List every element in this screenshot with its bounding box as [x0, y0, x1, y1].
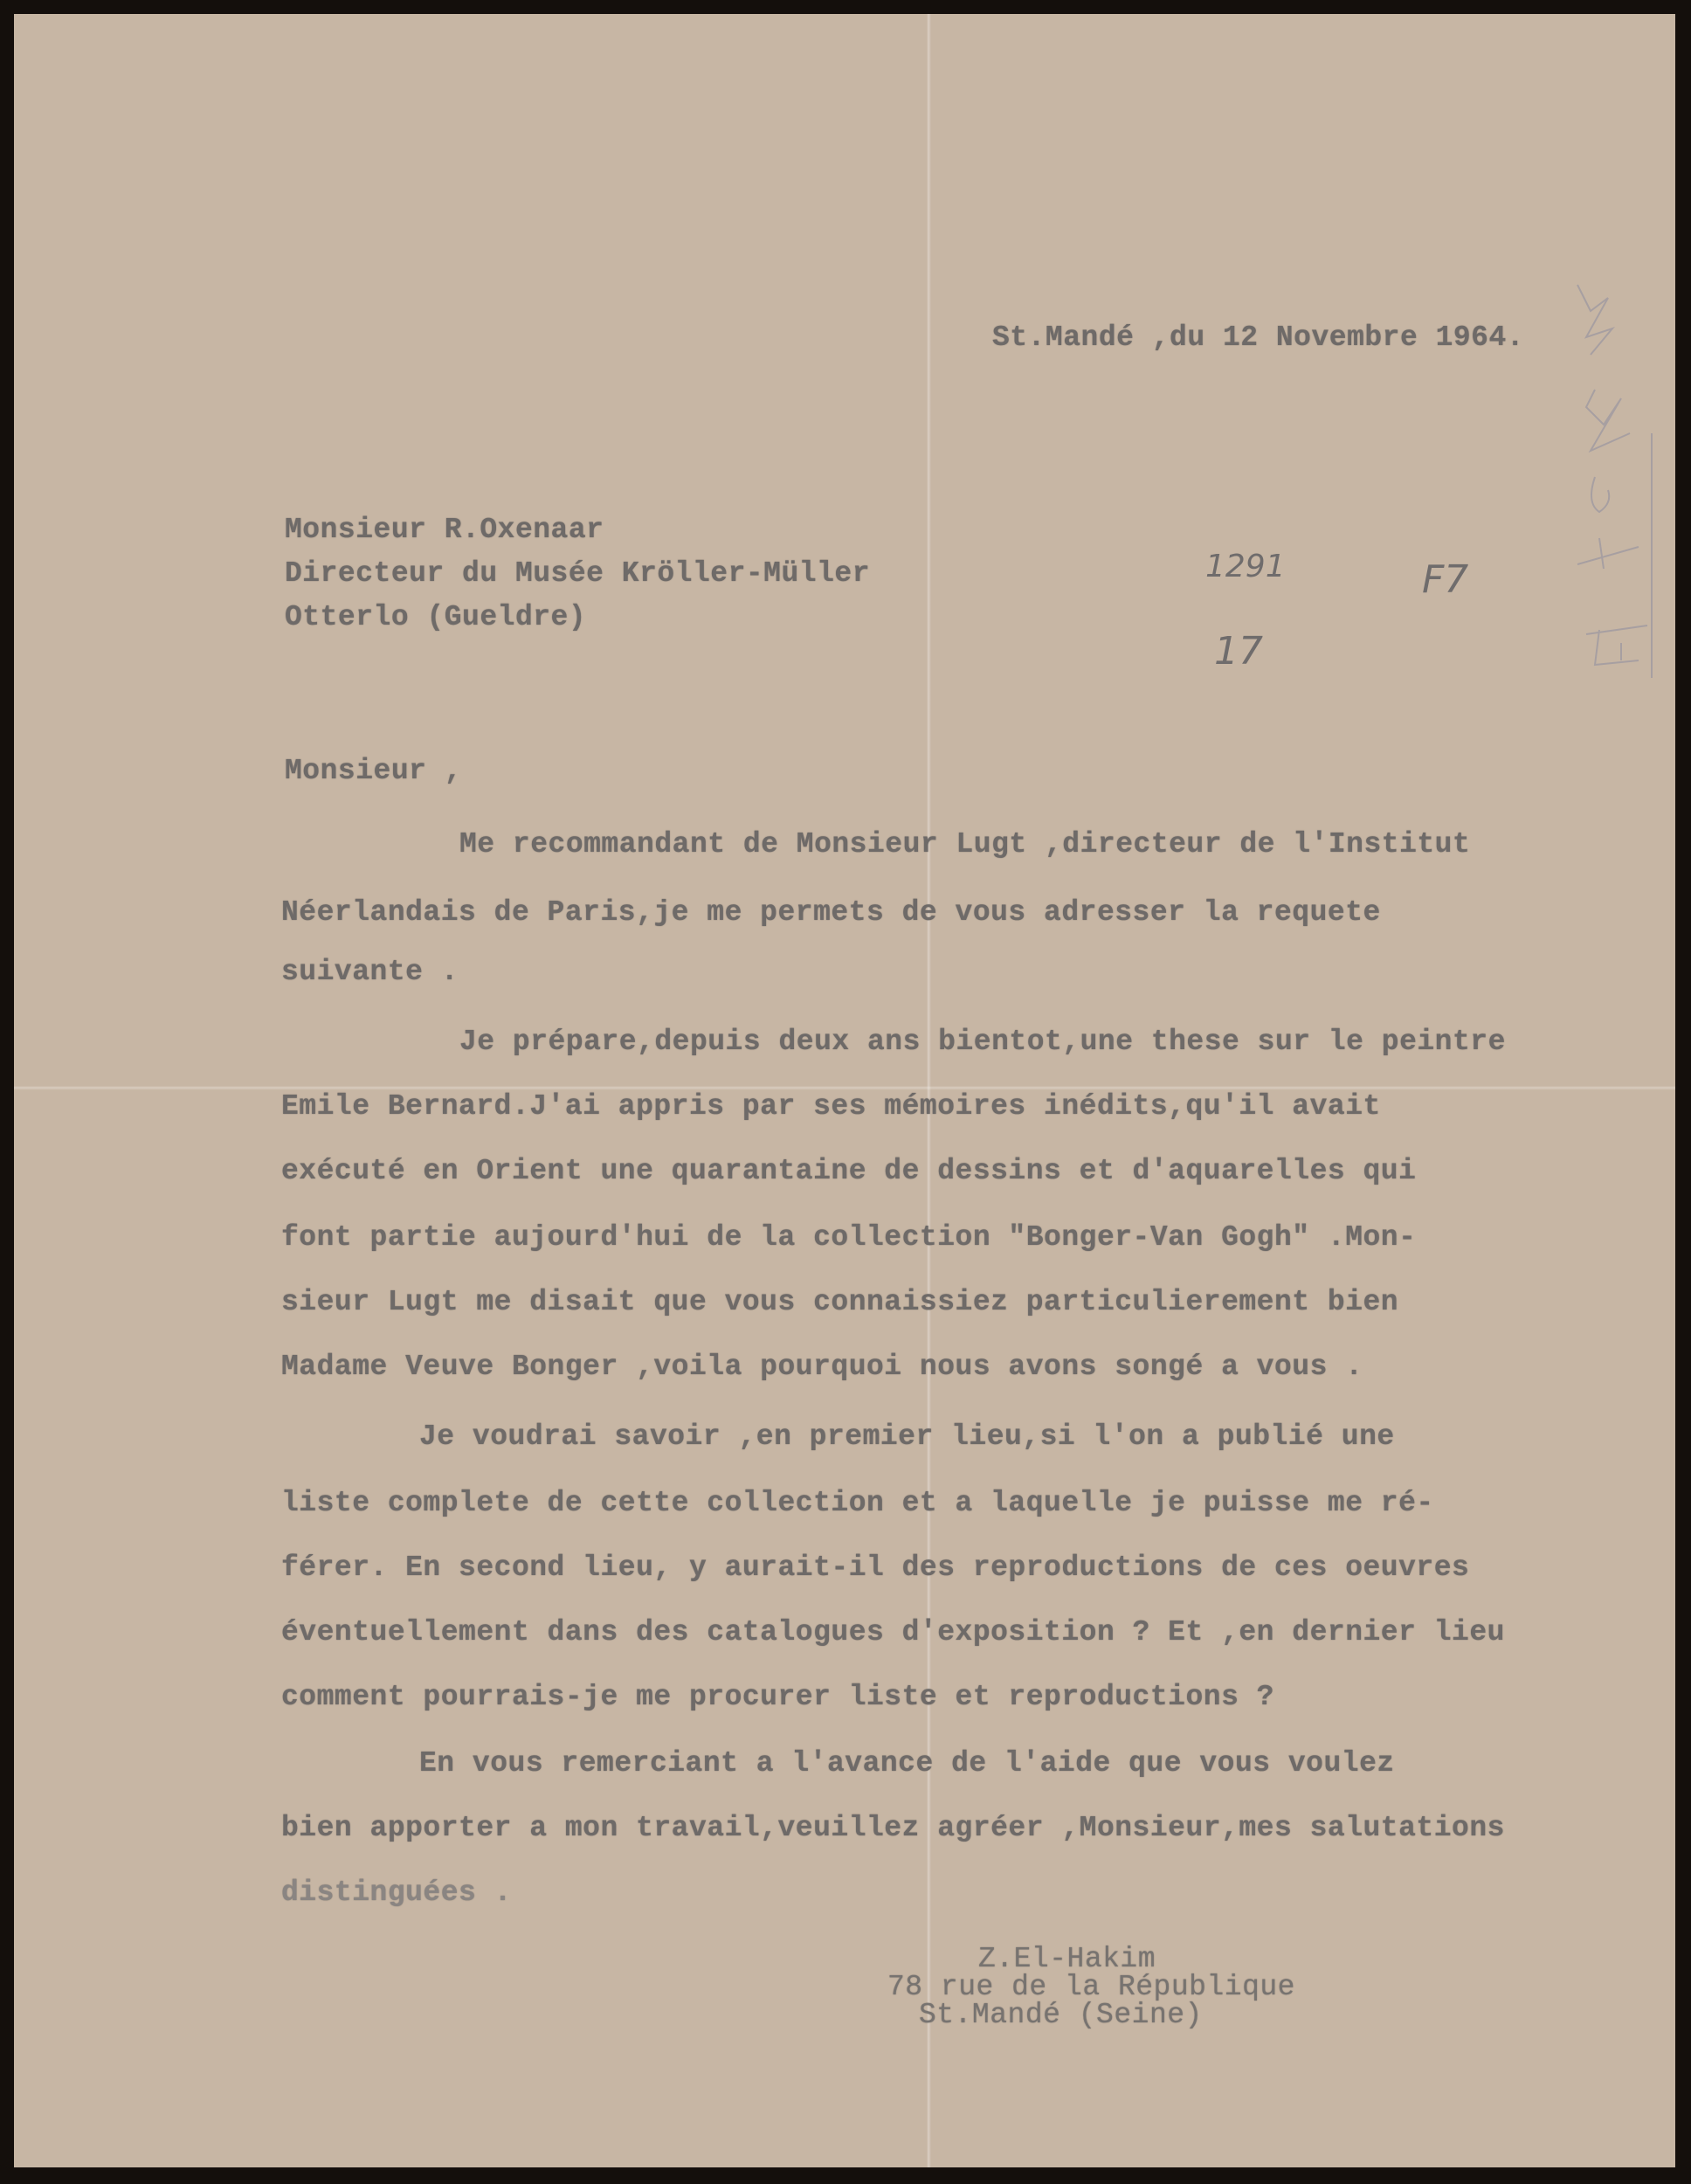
body-line-6: exécuté en Orient une quarantaine de des… [281, 1155, 1416, 1187]
body-line-17: distinguées . [281, 1876, 512, 1909]
body-line-1: Me recommandant de Monsieur Lugt ,direct… [459, 828, 1470, 860]
body-line-9: Madame Veuve Bonger ,voila pourquoi nous… [281, 1351, 1363, 1383]
letter-page: St.Mandé ,du 12 Novembre 1964. Monsieur … [14, 14, 1675, 2167]
dateline: St.Mandé ,du 12 Novembre 1964. [992, 321, 1524, 354]
body-line-16: bien apporter a mon travail,veuillez agr… [281, 1812, 1505, 1844]
handwritten-code: F7 [1422, 557, 1468, 602]
salutation: Monsieur , [285, 755, 462, 787]
recipient-name: Monsieur R.Oxenaar [285, 514, 604, 546]
recipient-location: Otterlo (Gueldre) [285, 601, 586, 633]
body-line-15: En vous remerciant a l'avance de l'aide … [419, 1747, 1395, 1780]
recipient-title: Directeur du Musée Kröller-Müller [285, 557, 870, 590]
body-line-13: éventuellement dans des catalogues d'exp… [281, 1616, 1505, 1648]
body-line-5: Emile Bernard.J'ai appris par ses mémoir… [281, 1090, 1381, 1123]
body-line-4: Je prépare,depuis deux ans bientot,une t… [459, 1026, 1506, 1058]
body-line-3: suivante . [281, 956, 459, 988]
body-line-10: Je voudrai savoir ,en premier lieu,si l'… [419, 1420, 1395, 1453]
signature-address-2: St.Mandé (Seine) [919, 1999, 1203, 2031]
body-line-7: font partie aujourd'hui de la collection… [281, 1221, 1416, 1254]
pencil-marks-icon [1560, 259, 1656, 678]
body-line-8: sieur Lugt me disait que vous connaissie… [281, 1286, 1398, 1318]
handwritten-number: 1291 [1205, 549, 1286, 584]
handwritten-page: 17 [1214, 629, 1263, 674]
body-line-2: Néerlandais de Paris,je me permets de vo… [281, 896, 1381, 929]
body-line-14: comment pourrais-je me procurer liste et… [281, 1681, 1274, 1713]
body-line-12: férer. En second lieu, y aurait-il des r… [281, 1552, 1469, 1584]
body-line-11: liste complete de cette collection et a … [281, 1487, 1434, 1519]
